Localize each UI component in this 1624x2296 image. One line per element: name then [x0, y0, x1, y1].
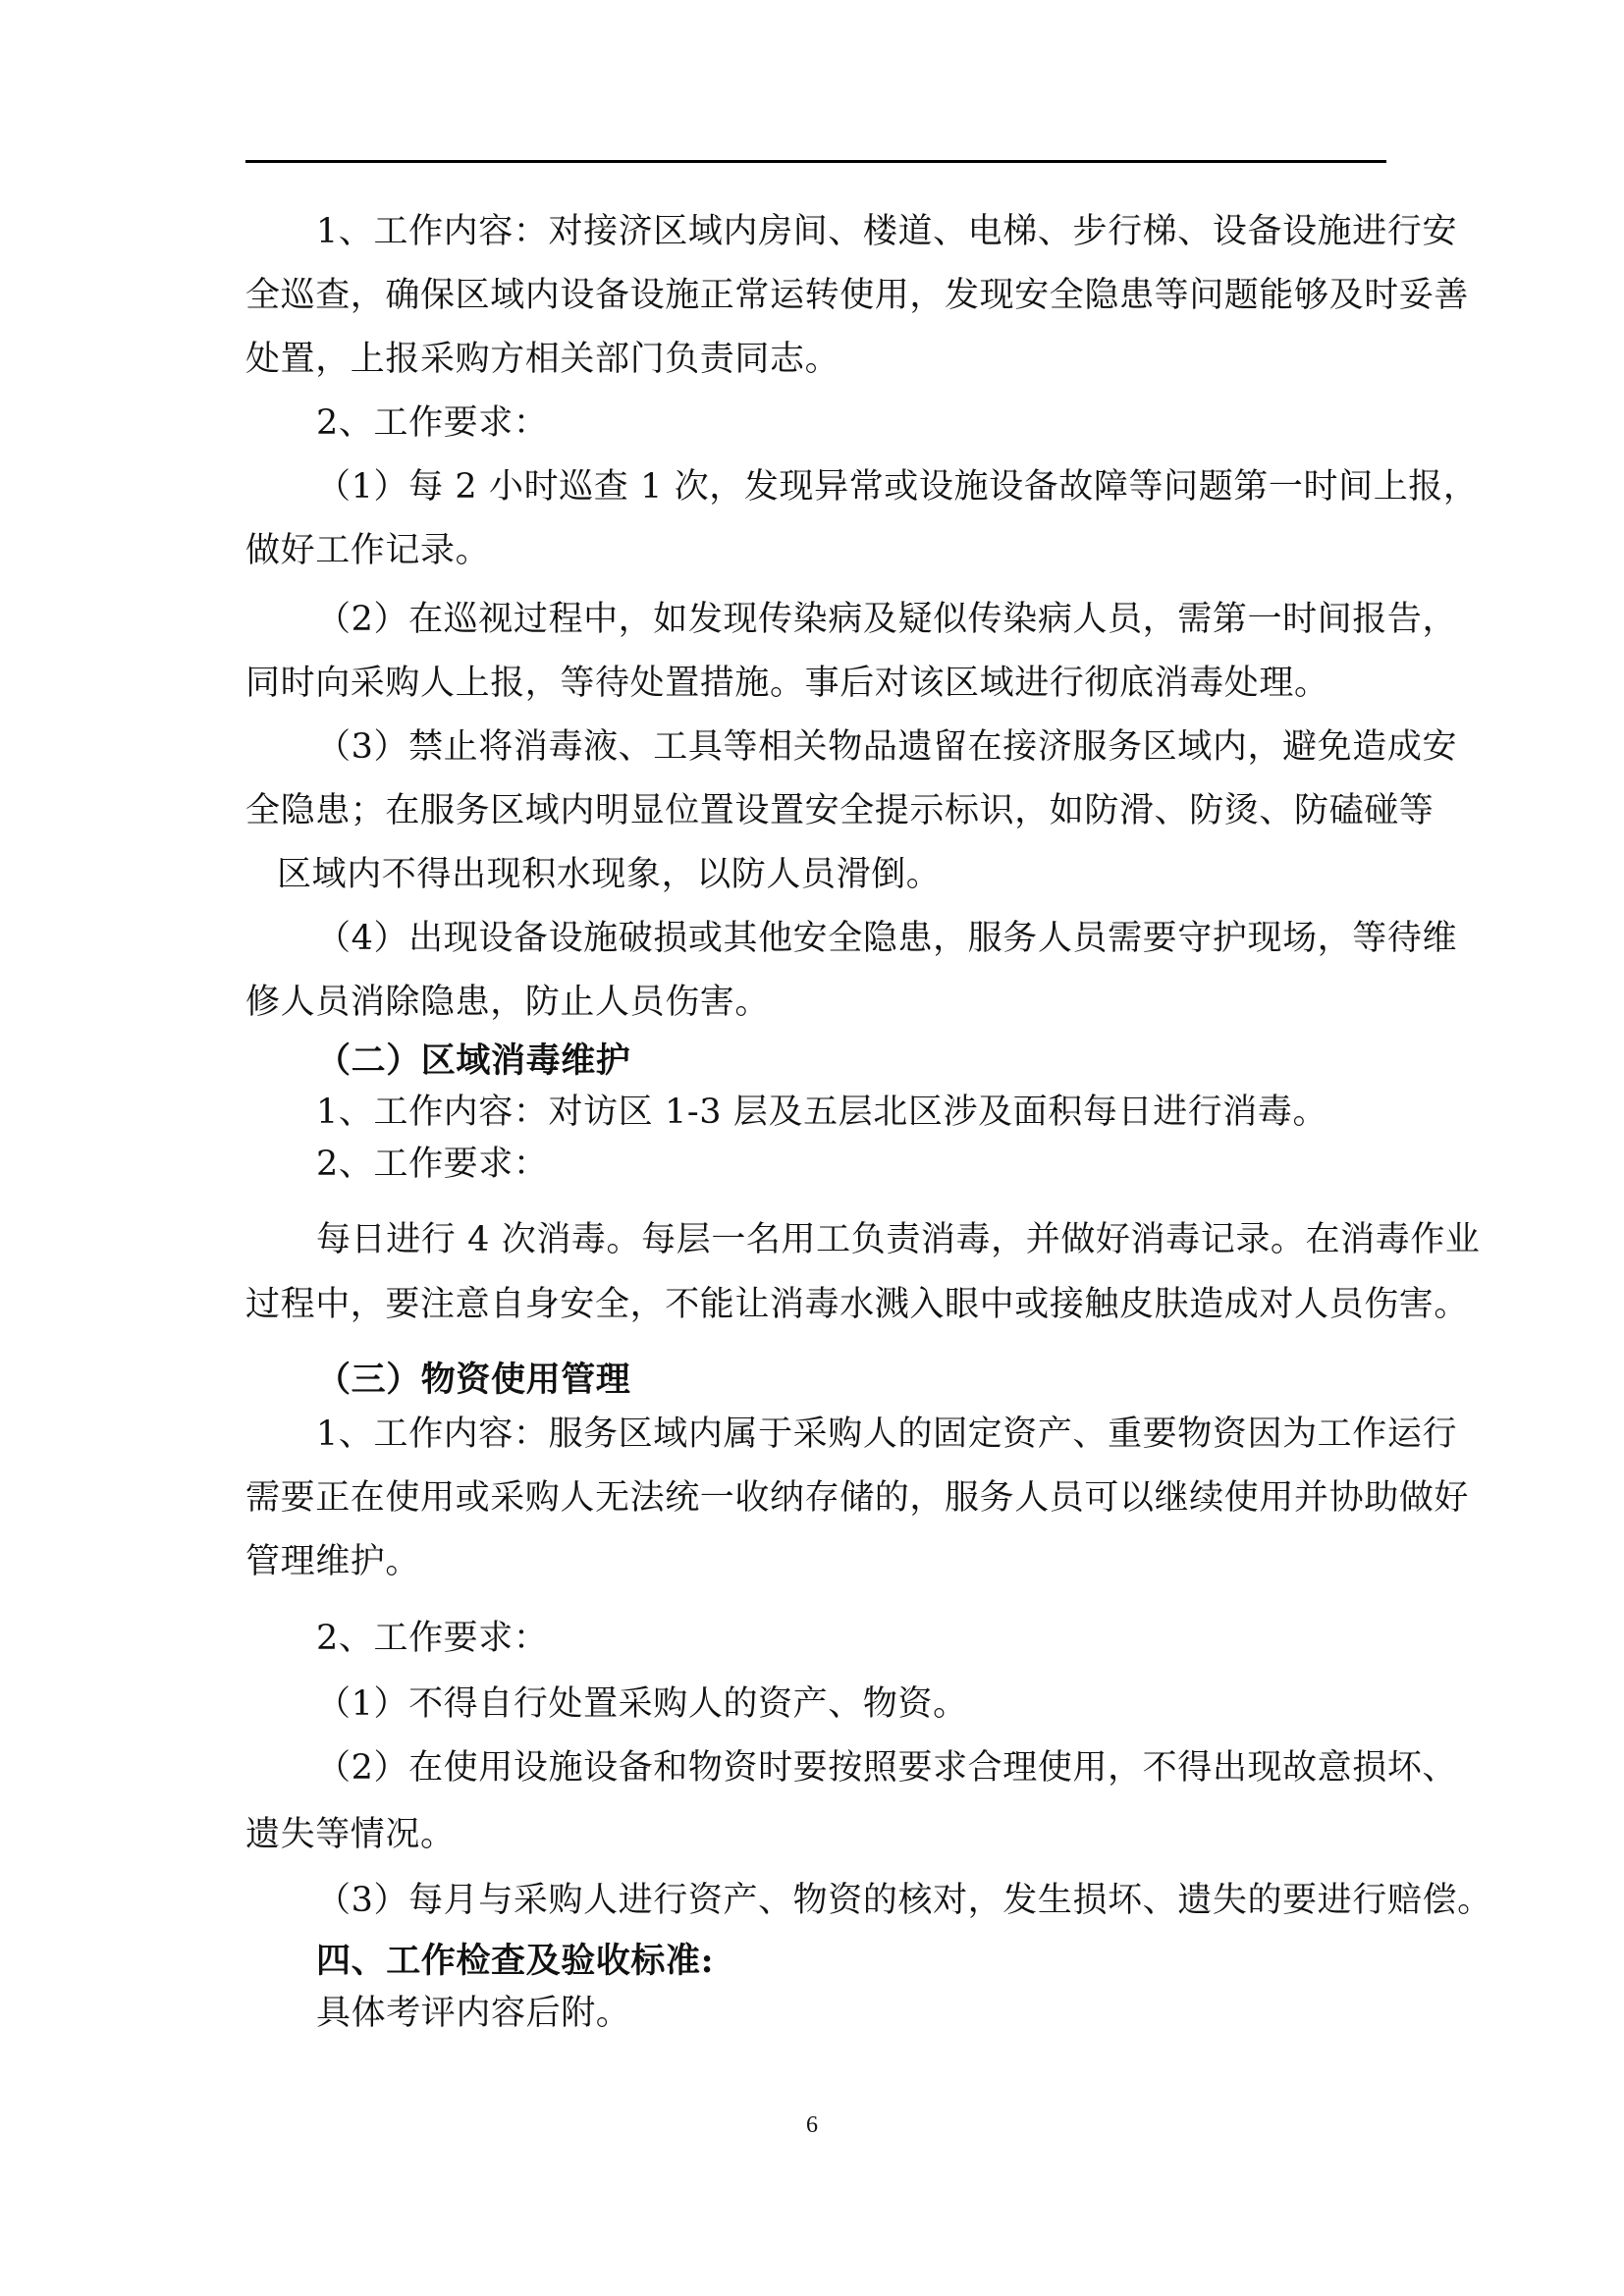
- list-item: （4）出现设备设施破损或其他安全隐患，服务人员需要守护现场，等待维: [316, 919, 1386, 958]
- requirements-heading: 2、工作要求：: [316, 1619, 1465, 1658]
- list-item: （2）在使用设施设备和物资时要按照要求合理使用，不得出现故意损坏、: [316, 1748, 1377, 1788]
- paragraph-line: 每日进行 4 次消毒。每层一名用工负责消毒，并做好消毒记录。在消毒作业: [316, 1220, 1386, 1259]
- paragraph-line: 处置，上报采购方相关部门负责同志。: [245, 340, 1394, 379]
- paragraph-line: 过程中，要注意自身安全，不能让消毒水溅入眼中或接触皮肤造成对人员伤害。: [245, 1285, 1386, 1324]
- paragraph-line: 具体考评内容后附。: [316, 1994, 1465, 2033]
- page-number: 6: [0, 2112, 1624, 2139]
- list-item-continuation: 区域内不得出现积水现象，以防人员滑倒。: [277, 855, 1426, 894]
- list-item: （1）不得自行处置采购人的资产、物资。: [316, 1684, 1465, 1724]
- chapter-heading: 四、工作检查及验收标准:: [316, 1942, 1465, 1981]
- list-item: （3）每月与采购人进行资产、物资的核对，发生损坏、遗失的要进行赔偿。: [316, 1881, 1465, 1920]
- requirements-heading: 2、工作要求：: [316, 1145, 1465, 1184]
- paragraph-line: 全巡查，确保区域内设备设施正常运转使用，发现安全隐患等问题能够及时妥善: [245, 276, 1386, 315]
- requirements-heading: 2、工作要求：: [316, 403, 1465, 443]
- list-item-continuation: 做好工作记录。: [245, 531, 1394, 570]
- paragraph-line: 管理维护。: [245, 1542, 1394, 1581]
- section-heading: （三）物资使用管理: [316, 1361, 1465, 1400]
- header-rule: [245, 160, 1386, 163]
- paragraph-line: 1、工作内容：服务区域内属于采购人的固定资产、重要物资因为工作运行: [316, 1415, 1386, 1454]
- paragraph-line: 1、工作内容：对访区 1-3 层及五层北区涉及面积每日进行消毒。: [316, 1093, 1465, 1132]
- paragraph-line: 需要正在使用或采购人无法统一收纳存储的，服务人员可以继续使用并协助做好: [245, 1478, 1386, 1518]
- list-item: （3）禁止将消毒液、工具等相关物品遗留在接济服务区域内，避免造成安: [316, 727, 1386, 767]
- paragraph-line: 1、工作内容：对接济区域内房间、楼道、电梯、步行梯、设备设施进行安: [316, 212, 1386, 251]
- list-item-continuation: 修人员消除隐患，防止人员伤害。: [245, 983, 1394, 1022]
- section-heading: （二）区域消毒维护: [316, 1041, 1465, 1081]
- list-item: （1）每 2 小时巡查 1 次，发现异常或设施设备故障等问题第一时间上报，: [316, 467, 1386, 507]
- list-item: （2）在巡视过程中，如发现传染病及疑似传染病人员，需第一时间报告，: [316, 600, 1386, 639]
- list-item-continuation: 同时向采购人上报，等待处置措施。事后对该区域进行彻底消毒处理。: [245, 664, 1394, 703]
- list-item-continuation: 遗失等情况。: [245, 1815, 1394, 1854]
- list-item-continuation: 全隐患；在服务区域内明显位置设置安全提示标识，如防滑、防烫、防磕碰等: [245, 791, 1365, 830]
